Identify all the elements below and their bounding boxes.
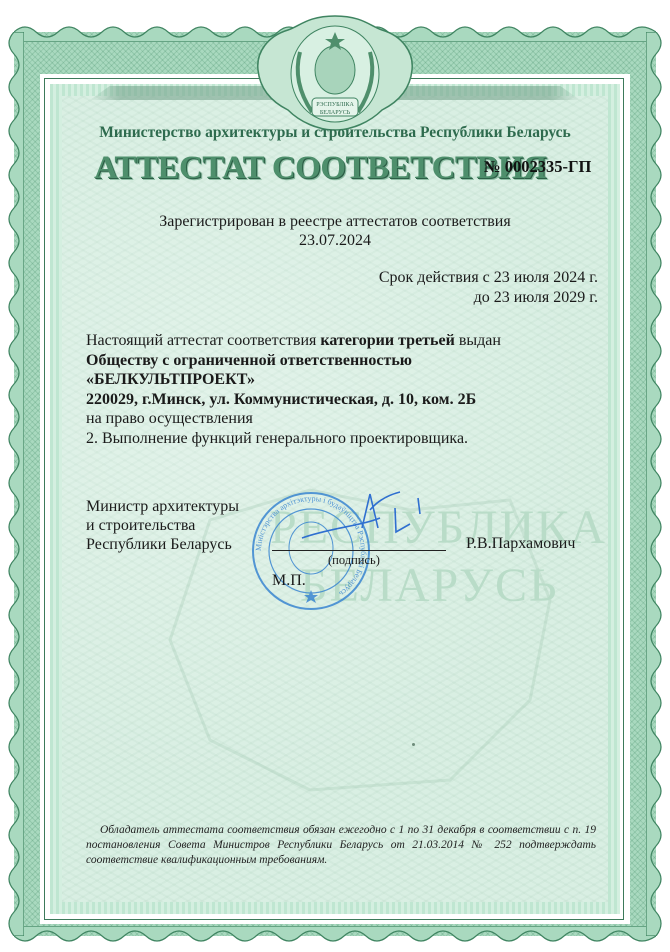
registration-line: Зарегистрирован в реестре аттестатов соо… xyxy=(0,212,670,231)
wavy-edge-bottom xyxy=(14,926,656,946)
signatory-title-line: Министр архитектуры xyxy=(86,497,239,516)
signatory-title-line: и строительства xyxy=(86,516,239,535)
footnote: Обладатель аттестата соответствия обязан… xyxy=(86,823,596,868)
ministry-name: Министерство архитектуры и строительства… xyxy=(0,124,670,142)
company-type: Обществу с ограниченной ответственностью xyxy=(86,351,501,371)
wavy-edge-right xyxy=(646,32,666,936)
activity-item: 2. Выполнение функций генерального проек… xyxy=(86,429,501,449)
signatory-title: Министр архитектуры и строительства Респ… xyxy=(86,497,239,554)
signature-icon xyxy=(300,488,430,548)
company-name: «БЕЛКУЛЬТПРОЕКТ» xyxy=(86,370,501,390)
certificate-body: Настоящий аттестат соответствия категори… xyxy=(86,331,501,448)
certificate-number: № 0002335-ГП xyxy=(484,157,591,177)
issue-prefix: Настоящий аттестат соответствия xyxy=(86,332,320,349)
signature-caption: (подпись) xyxy=(328,553,380,568)
svg-text:БЕЛАРУСЬ: БЕЛАРУСЬ xyxy=(320,110,351,116)
validity-to: до 23 июля 2029 г. xyxy=(379,288,598,308)
seal-label: М.П. xyxy=(272,572,306,590)
registration-block: Зарегистрирован в реестре аттестатов соо… xyxy=(0,212,670,250)
issue-line: Настоящий аттестат соответствия категори… xyxy=(86,331,501,351)
signatory-name: Р.В.Пархамович xyxy=(466,535,575,553)
validity-block: Срок действия с 23 июля 2024 г. до 23 ию… xyxy=(379,268,598,308)
issue-suffix: выдан xyxy=(455,332,501,349)
document-title: АТТЕСТАТ СООТВЕТСТВИЯ xyxy=(94,150,546,187)
signatory-title-line: Республики Беларусь xyxy=(86,535,239,554)
wavy-edge-left xyxy=(4,32,24,936)
state-emblem-icon: РЭСПУБЛІКА БЕЛАРУСЬ xyxy=(252,12,418,132)
registration-date: 23.07.2024 xyxy=(0,231,670,250)
signature-line xyxy=(272,550,446,551)
category: категории третьей xyxy=(320,332,454,349)
speck xyxy=(412,743,415,746)
svg-text:РЭСПУБЛІКА: РЭСПУБЛІКА xyxy=(316,102,354,108)
company-address: 220029, г.Минск, ул. Коммунистическая, д… xyxy=(86,390,501,410)
right-intro: на право осуществления xyxy=(86,409,501,429)
validity-from: Срок действия с 23 июля 2024 г. xyxy=(379,268,598,288)
